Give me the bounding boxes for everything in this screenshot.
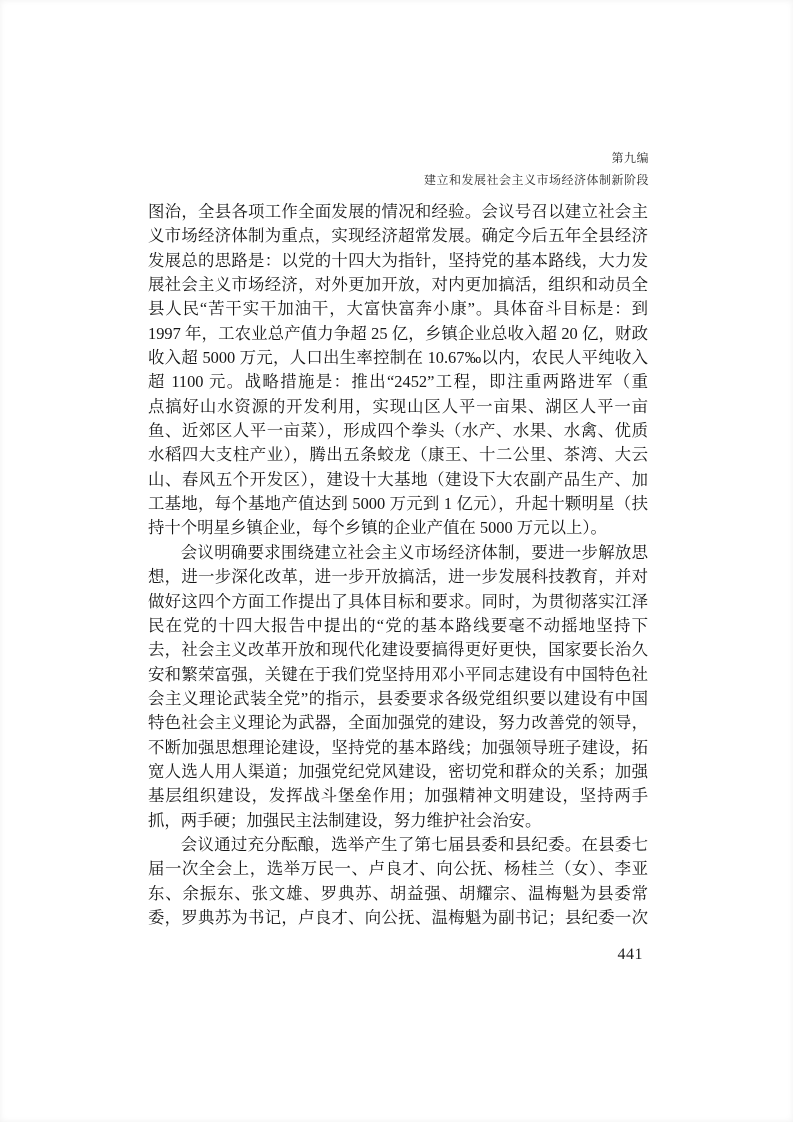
- text-line: 抓，两手硬；加强民主法制建设，努力维护社会治安。: [148, 809, 648, 833]
- text-line: 去，社会主义改革开放和现代化建设要搞得更好更快，国家要长治久: [148, 638, 648, 662]
- text-line: 特色社会主义理论为武器，全面加强党的建设，努力改善党的领导，: [148, 711, 648, 735]
- text-line: 想，进一步深化改革，进一步开放搞活，进一步发展科技教育，并对: [148, 565, 648, 589]
- text-line: 义市场经济体制为重点，实现经济超常发展。确定今后五年全县经济: [148, 224, 648, 248]
- text-line: 山、春风五个开发区），建设十大基地（建设下大农副产品生产、加: [148, 468, 648, 492]
- text-line: 民在党的十四大报告中提出的“党的基本路线要毫不动摇地坚持下: [148, 614, 648, 638]
- text-line: 宽人选人用人渠道；加强党纪党风建设，密切党和群众的关系；加强: [148, 760, 648, 784]
- text-line: 鱼、近郊区人平一亩菜），形成四个拳头（水产、水果、水禽、优质: [148, 419, 648, 443]
- text-line: 会主义理论武装全党”的指示，县委要求各级党组织要以建设有中国: [148, 687, 648, 711]
- text-line: 会议通过充分酝酿，选举产生了第七届县委和县纪委。在县委七: [148, 833, 648, 857]
- text-line: 东、余振东、张文雄、罗典苏、胡益强、胡耀宗、温梅魁为县委常: [148, 882, 648, 906]
- text-line: 点搞好山水资源的开发利用，实现山区人平一亩果、湖区人平一亩: [148, 395, 648, 419]
- text-line: 图治，全县各项工作全面发展的情况和经验。会议号召以建立社会主: [148, 200, 648, 224]
- header-chapter-title: 建立和发展社会主义市场经济体制新阶段: [424, 170, 649, 192]
- text-line: 1997 年，工农业总产值力争超 25 亿，乡镇企业总收入超 20 亿，财政: [148, 322, 648, 346]
- text-line: 超 1100 元。战略措施是：推出“2452”工程，即注重两路进军（重: [148, 370, 648, 394]
- text-line: 发展总的思路是：以党的十四大为指针，坚持党的基本路线，大力发: [148, 249, 648, 273]
- text-line: 县人民“苦干实干加油干，大富快富奔小康”。具体奋斗目标是：到: [148, 297, 648, 321]
- text-line: 委，罗典苏为书记，卢良才、向公抚、温梅魁为副书记；县纪委一次: [148, 906, 648, 930]
- text-line: 持十个明星乡镇企业，每个乡镇的企业产值在 5000 万元以上）。: [148, 516, 648, 540]
- text-line: 水稻四大支柱产业），腾出五条蛟龙（康王、十二公里、茶湾、大云: [148, 443, 648, 467]
- book-page: 第九编 建立和发展社会主义市场经济体制新阶段 图治，全县各项工作全面发展的情况和…: [0, 0, 793, 1122]
- text-line: 安和繁荣富强，关键在于我们党坚持用邓小平同志建设有中国特色社: [148, 663, 648, 687]
- text-line: 不断加强思想理论建设，坚持党的基本路线；加强领导班子建设，拓: [148, 736, 648, 760]
- text-line: 届一次全会上，选举万民一、卢良才、向公抚、杨桂兰（女）、李亚: [148, 857, 648, 881]
- text-line: 做好这四个方面工作提出了具体目标和要求。同时，为贯彻落实江泽: [148, 590, 648, 614]
- text-line: 工基地，每个基地产值达到 5000 万元到 1 亿元），升起十颗明星（扶: [148, 492, 648, 516]
- page-header: 第九编 建立和发展社会主义市场经济体制新阶段: [424, 148, 649, 191]
- header-volume-label: 第九编: [424, 148, 649, 170]
- text-line: 展社会主义市场经济，对外更加开放，对内更加搞活，组织和动员全: [148, 273, 648, 297]
- text-line: 收入超 5000 万元，人口出生率控制在 10.67‰以内，农民人平纯收入: [148, 346, 648, 370]
- body-text: 图治，全县各项工作全面发展的情况和经验。会议号召以建立社会主 义市场经济体制为重…: [148, 200, 648, 930]
- text-line: 基层组织建设，发挥战斗堡垒作用；加强精神文明建设，坚持两手: [148, 784, 648, 808]
- text-line: 会议明确要求围绕建立社会主义市场经济体制，要进一步解放思: [148, 541, 648, 565]
- page-number: 441: [618, 946, 644, 964]
